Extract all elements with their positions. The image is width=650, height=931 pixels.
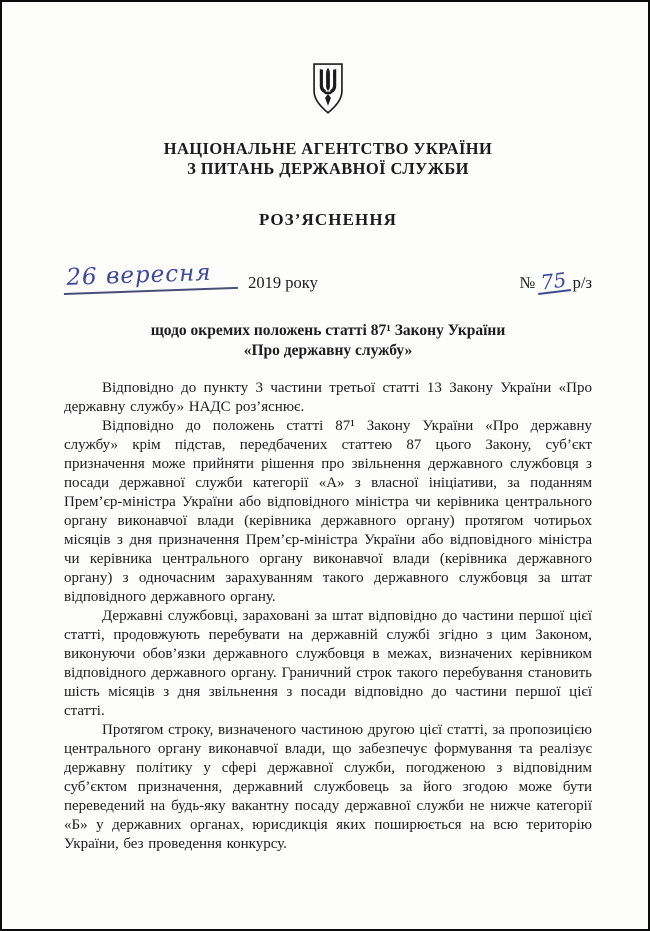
typed-year: 2019 року (248, 273, 318, 295)
paragraph-1: Відповідно до пункту 3 частини третьої с… (64, 379, 592, 417)
paragraph-4: Протягом строку, визначеного частиною др… (64, 721, 592, 854)
date-group: 26 вересня 2019 року (64, 267, 318, 295)
handwritten-number: 75 (536, 270, 572, 295)
document-number-group: № 75 р/з (519, 272, 592, 295)
paragraph-3: Державні службовці, зараховані за штат в… (64, 607, 592, 721)
document-body: Відповідно до пункту 3 частини третьої с… (64, 379, 592, 854)
handwritten-date: 26 вересня (63, 261, 238, 295)
subject-line2: «Про державну службу» (64, 341, 592, 361)
agency-name-line2: З ПИТАНЬ ДЕРЖАВНОЇ СЛУЖБИ (64, 159, 592, 179)
scanned-document-page: НАЦІОНАЛЬНЕ АГЕНТСТВО УКРАЇНИ З ПИТАНЬ Д… (0, 0, 650, 931)
number-sign: № (519, 273, 535, 293)
subject-title: щодо окремих положень статті 87¹ Закону … (64, 321, 592, 361)
document-type-title: РОЗ’ЯСНЕННЯ (64, 210, 592, 230)
subject-line1: щодо окремих положень статті 87¹ Закону … (64, 321, 592, 341)
number-suffix: р/з (573, 273, 592, 293)
agency-name: НАЦІОНАЛЬНЕ АГЕНТСТВО УКРАЇНИ З ПИТАНЬ Д… (64, 139, 592, 179)
emblem-container (64, 62, 592, 118)
ukraine-trident-shield-icon (309, 62, 347, 118)
paragraph-2: Відповідно до положень статті 87¹ Закону… (64, 417, 592, 607)
agency-name-line1: НАЦІОНАЛЬНЕ АГЕНТСТВО УКРАЇНИ (64, 139, 592, 159)
date-and-number-row: 26 вересня 2019 року № 75 р/з (64, 259, 592, 295)
